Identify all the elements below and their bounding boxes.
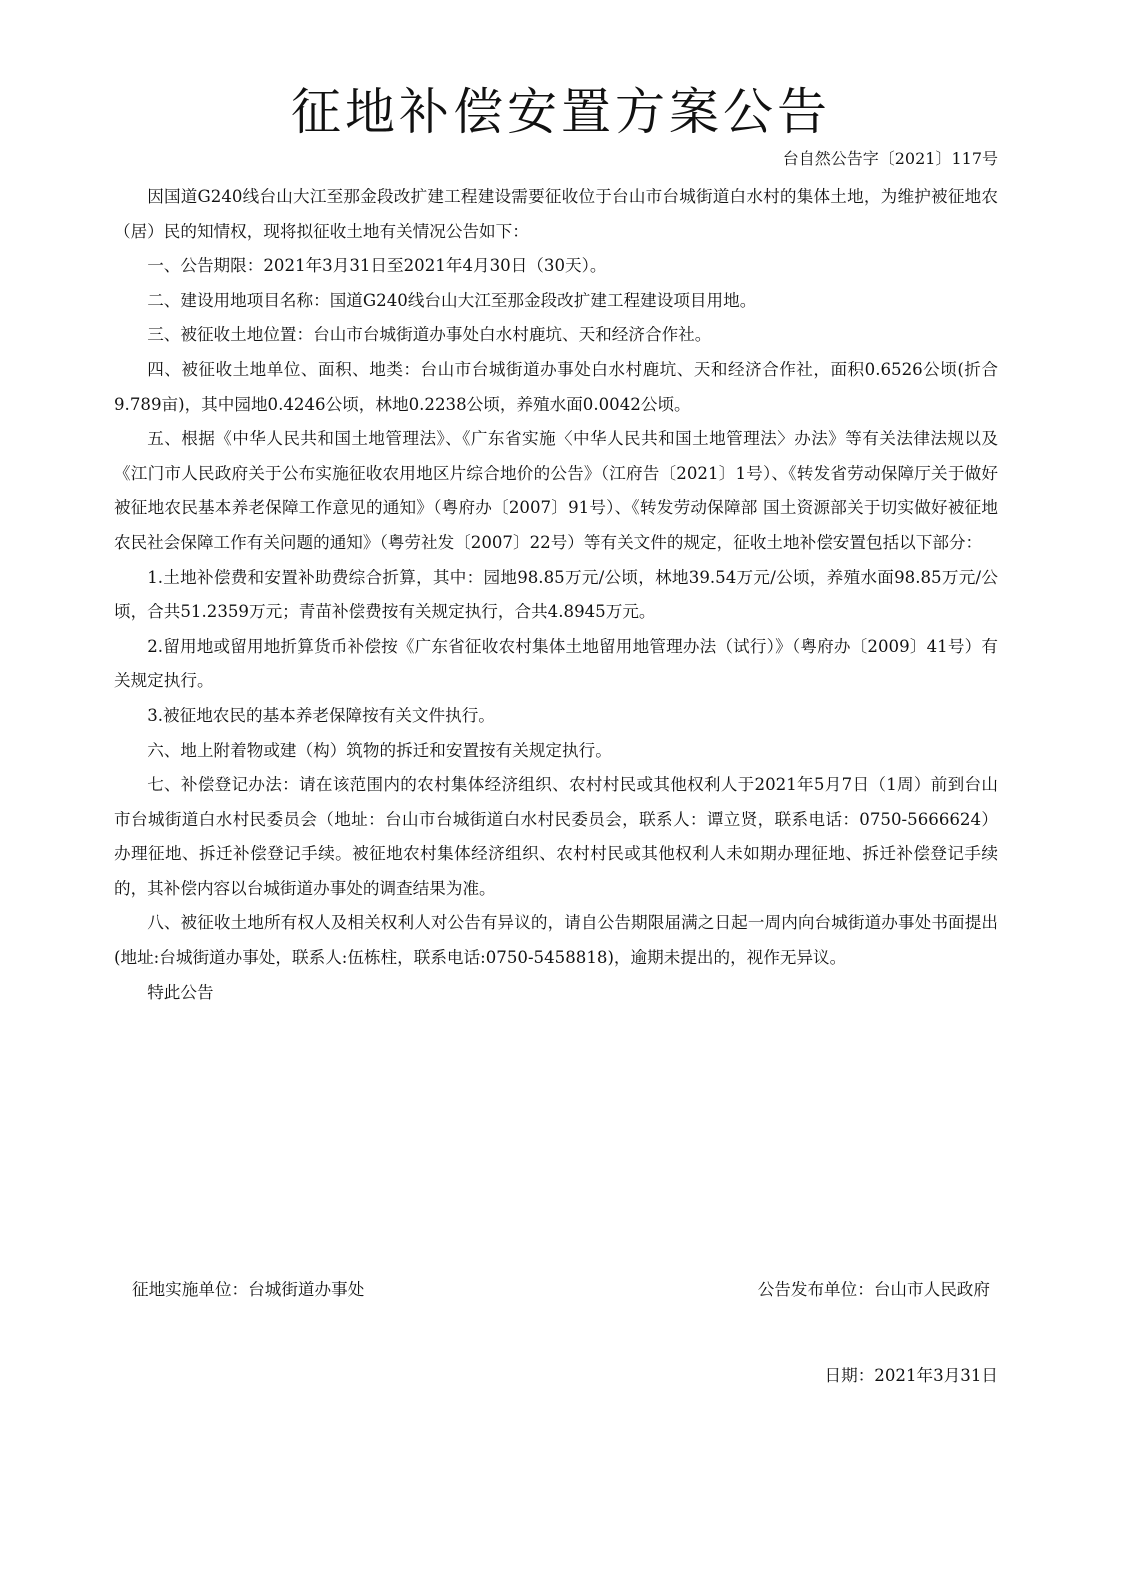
section-1-notice-period: 一、公告期限：2021年3月31日至2021年4月30日（30天）。 xyxy=(114,249,998,284)
section-7-registration: 七、补偿登记办法：请在该范围内的农村集体经济组织、农村村民或其他权利人于2021… xyxy=(114,768,998,906)
section-6-relocation: 六、地上附着物或建（构）筑物的拆迁和安置按有关规定执行。 xyxy=(114,734,998,769)
closing-statement: 特此公告 xyxy=(114,976,998,1011)
section-3-land-location: 三、被征收土地位置：台山市台城街道办事处白水村鹿坑、天和经济合作社。 xyxy=(114,318,998,353)
implementing-unit: 征地实施单位：台城街道办事处 xyxy=(132,1276,364,1300)
section-2-project-name: 二、建设用地项目名称：国道G240线台山大江至那金段改扩建工程建设项目用地。 xyxy=(114,284,998,319)
section-4-land-area: 四、被征收土地单位、面积、地类：台山市台城街道办事处白水村鹿坑、天和经济合作社，… xyxy=(114,353,998,422)
document-title: 征地补偿安置方案公告 xyxy=(0,72,1122,144)
document-body: 因国道G240线台山大江至那金段改扩建工程建设需要征收位于台山市台城街道白水村的… xyxy=(114,180,998,1010)
section-5-legal-basis: 五、根据《中华人民共和国土地管理法》、《广东省实施〈中华人民共和国土地管理法〉办… xyxy=(114,422,998,560)
issuing-unit: 公告发布单位：台山市人民政府 xyxy=(758,1276,990,1300)
issue-date: 日期：2021年3月31日 xyxy=(825,1362,998,1386)
document-number: 台自然公告字〔2021〕117号 xyxy=(783,146,998,169)
item-2-reserved-land: 2.留用地或留用地折算货币补偿按《广东省征收农村集体土地留用地管理办法（试行）》… xyxy=(114,630,998,699)
intro-paragraph: 因国道G240线台山大江至那金段改扩建工程建设需要征收位于台山市台城街道白水村的… xyxy=(114,180,998,249)
section-8-objection: 八、被征收土地所有权人及相关权利人对公告有异议的，请自公告期限届满之日起一周内向… xyxy=(114,906,998,975)
item-3-pension: 3.被征地农民的基本养老保障按有关文件执行。 xyxy=(114,699,998,734)
item-1-compensation: 1.土地补偿费和安置补助费综合折算，其中：园地98.85万元/公顷，林地39.5… xyxy=(114,561,998,630)
